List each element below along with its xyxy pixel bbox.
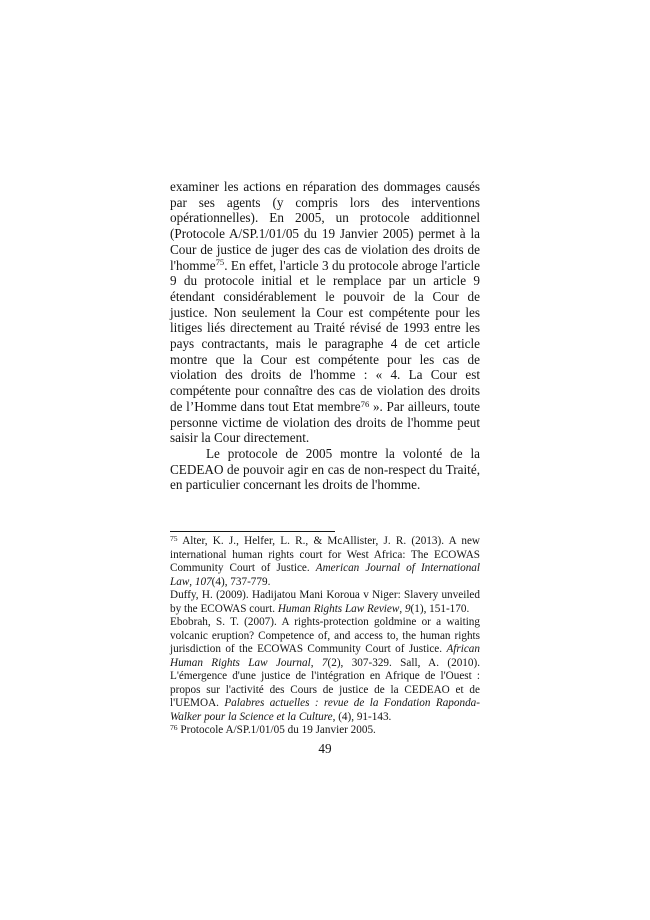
page-number: 49 [170, 741, 480, 757]
footnote-75-reference-duffy: Duffy, H. (2009). Hadijatou Mani Koroua … [170, 589, 480, 616]
footnote-marker-76: 76 [170, 723, 178, 732]
body-paragraph-1: examiner les actions en réparation des d… [170, 179, 480, 446]
footnote-run: Protocole A/SP.1/01/05 du 19 Janvier 200… [178, 724, 376, 736]
body-paragraph-2: Le protocole de 2005 montre la volonté d… [170, 446, 480, 493]
footnote-run: (1), 151-170. [411, 603, 470, 615]
volume-number: 107 [195, 576, 212, 588]
footnote-separator [170, 531, 335, 532]
footnote-ref-76: 76 [361, 399, 370, 409]
footnote-run: , [311, 657, 322, 669]
footnote-marker-75: 75 [170, 534, 178, 543]
body-run: . En effet, l'article 3 du protocole abr… [170, 258, 480, 414]
footnote-run: Ebobrah, S. T. (2007). A rights-protecti… [170, 616, 480, 655]
journal-title: Human Rights Law Review [278, 603, 400, 615]
footnote-run: (4), 737-779. [212, 576, 271, 588]
document-page: examiner les actions en réparation des d… [0, 0, 650, 920]
footnote-76: 76 Protocole A/SP.1/01/05 du 19 Janvier … [170, 724, 480, 738]
footnote-ref-75: 75 [216, 257, 225, 267]
footnotes-section: 75 Alter, K. J., Helfer, L. R., & McAlli… [170, 535, 480, 738]
footnote-run: , (4), 91-143. [333, 711, 392, 723]
footnote-75-reference-ebobrah: Ebobrah, S. T. (2007). A rights-protecti… [170, 616, 480, 724]
footnote-75-reference-alter: 75 Alter, K. J., Helfer, L. R., & McAlli… [170, 535, 480, 589]
body-text: examiner les actions en réparation des d… [170, 179, 480, 493]
